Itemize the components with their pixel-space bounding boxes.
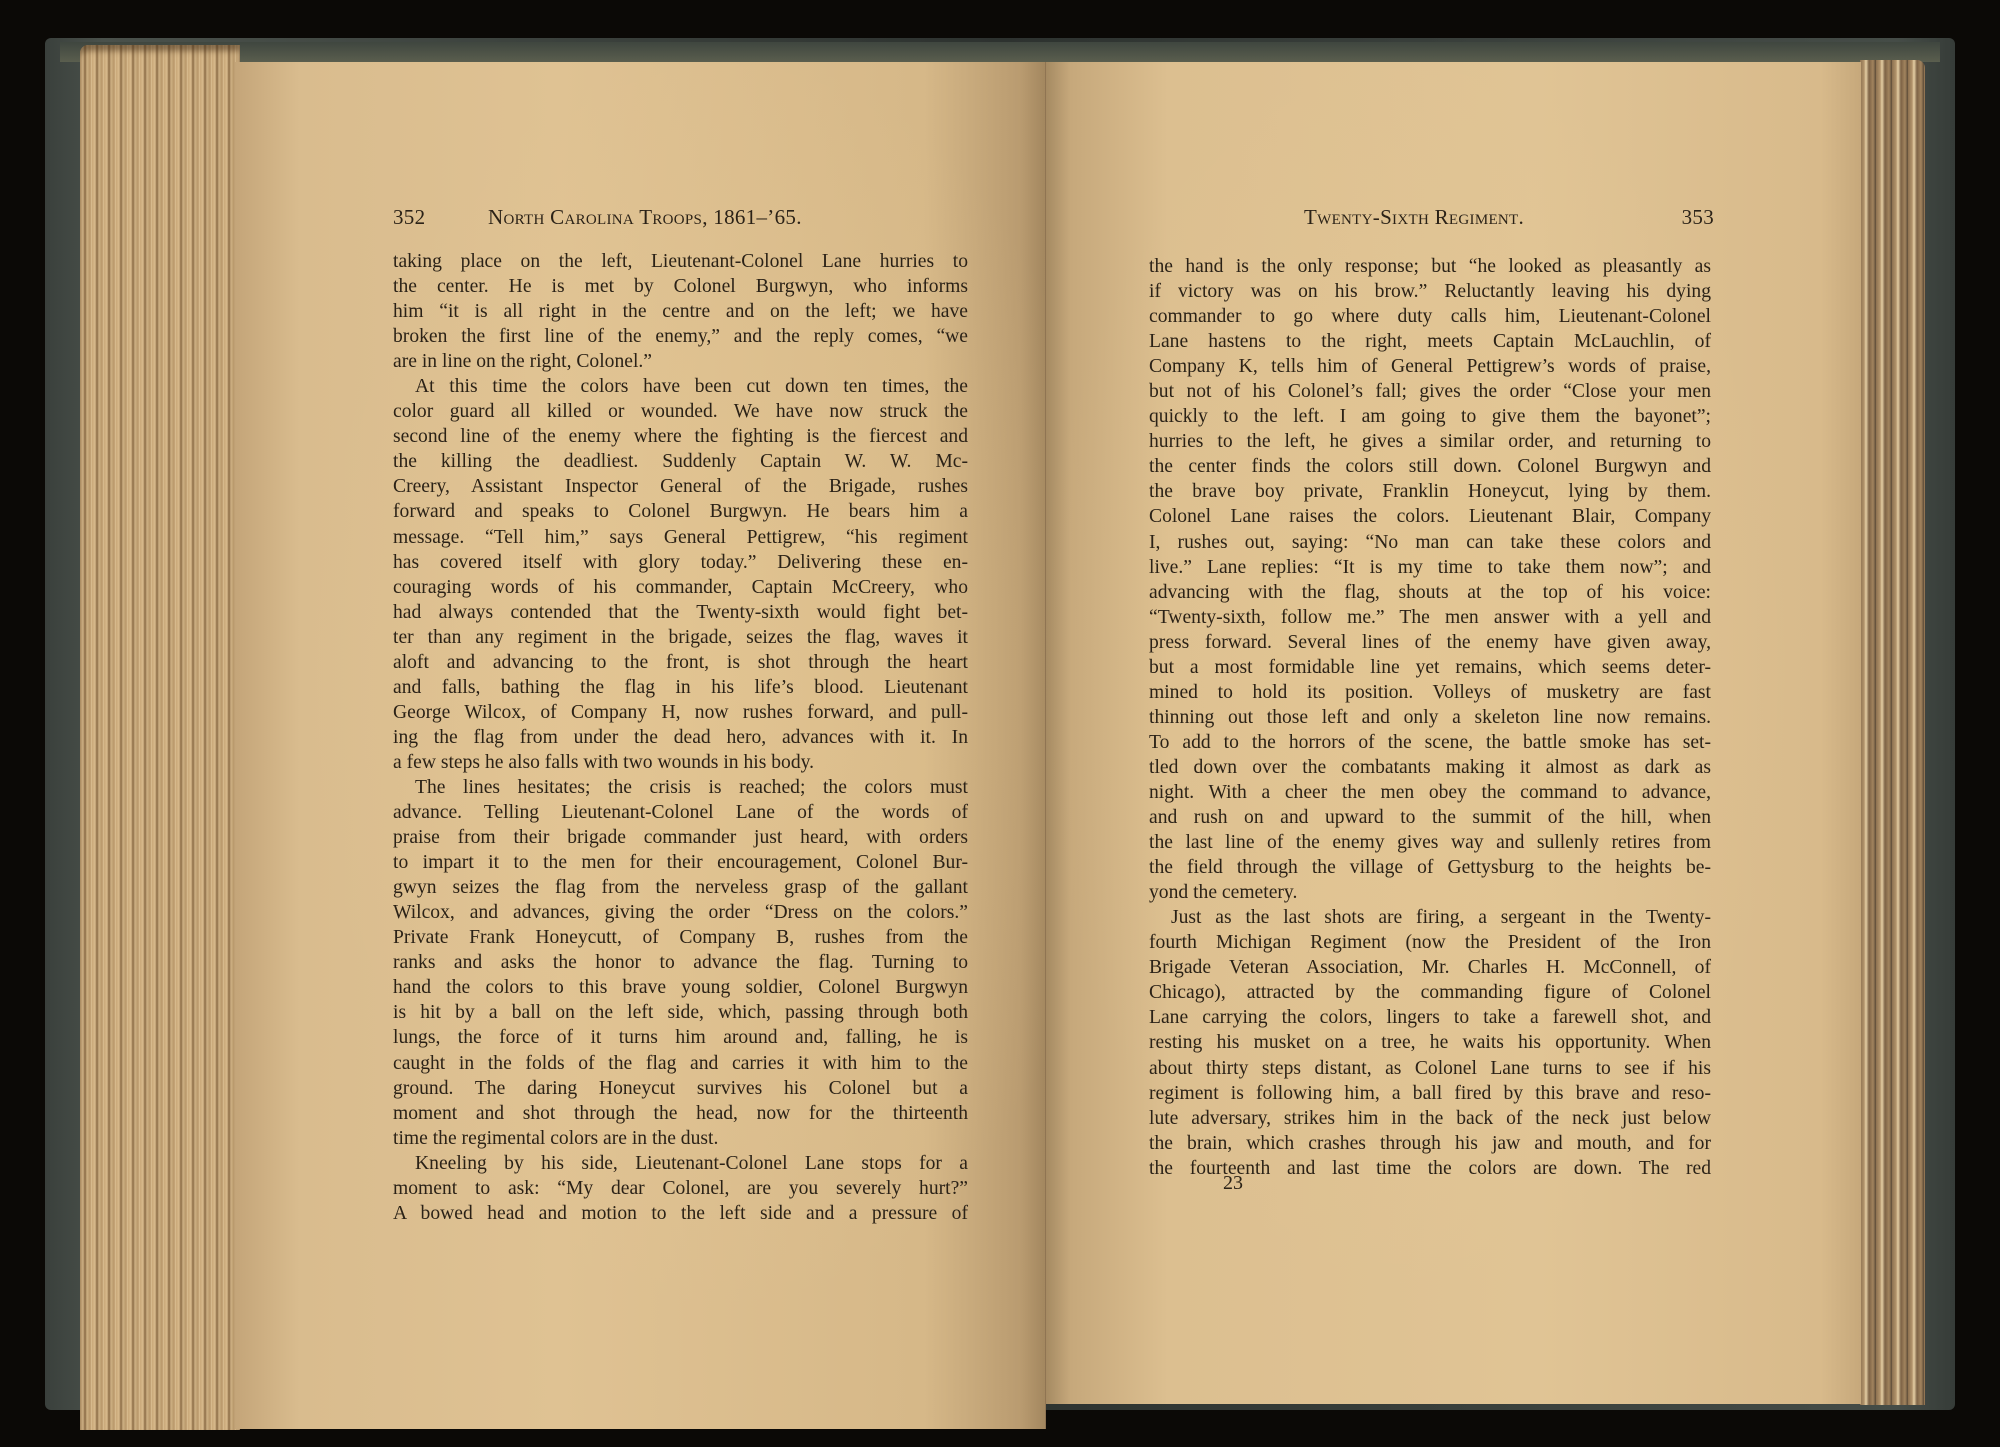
left-body-text: taking place on the left, Lieutenant-Col… xyxy=(393,249,968,1226)
text-line: Lane hastens to the right, meets Captain… xyxy=(1149,329,1711,354)
text-line: quickly to the left. I am going to give … xyxy=(1149,404,1711,429)
text-line: to impart it to the men for their encour… xyxy=(393,850,968,875)
signature-mark: 23 xyxy=(1223,1172,1243,1195)
text-line: gwyn seizes the flag from the nerveless … xyxy=(393,875,968,900)
text-line: has covered itself with glory today.” De… xyxy=(393,550,968,575)
text-line: advance. Telling Lieutenant-Colonel Lane… xyxy=(393,800,968,825)
left-page-number: 352 xyxy=(393,202,425,232)
text-line: is hit by a ball on the left side, which… xyxy=(393,1000,968,1025)
text-line: lute adversary, strikes him in the back … xyxy=(1149,1106,1711,1131)
right-running-head: Twenty-Sixth Regiment. 353 xyxy=(1149,202,1714,232)
text-line: the hand is the only response; but “he l… xyxy=(1149,254,1711,279)
text-line: press forward. Several lines of the enem… xyxy=(1149,630,1711,655)
text-line: praise from their brigade commander just… xyxy=(393,825,968,850)
text-line: Company K, tells him of General Pettigre… xyxy=(1149,354,1711,379)
text-line: ing the flag from under the dead hero, a… xyxy=(393,725,968,750)
text-line: the center finds the colors still down. … xyxy=(1149,454,1711,479)
text-line: live.” Lane replies: “It is my time to t… xyxy=(1149,555,1711,580)
book-cover-top-edge xyxy=(60,42,1940,62)
text-line: Creery, Assistant Inspector General of t… xyxy=(393,474,968,499)
text-line: had always contended that the Twenty-six… xyxy=(393,600,968,625)
text-line: The lines hesitates; the crisis is reach… xyxy=(393,775,968,800)
text-line: second line of the enemy where the fight… xyxy=(393,424,968,449)
text-line: about thirty steps distant, as Colonel L… xyxy=(1149,1056,1711,1081)
text-line: caught in the folds of the flag and carr… xyxy=(393,1051,968,1076)
text-line: forward and speaks to Colonel Burgwyn. H… xyxy=(393,499,968,524)
text-line: Colonel Lane raises the colors. Lieutena… xyxy=(1149,504,1711,529)
text-line: broken the first line of the enemy,” and… xyxy=(393,324,968,349)
text-line: Chicago), attracted by the commanding fi… xyxy=(1149,980,1711,1005)
text-line: are in line on the right, Colonel.” xyxy=(393,349,968,374)
text-line: couraging words of his commander, Captai… xyxy=(393,575,968,600)
text-line: advancing with the flag, shouts at the t… xyxy=(1149,580,1711,605)
text-line: “Twenty-sixth, follow me.” The men answe… xyxy=(1149,605,1711,630)
text-line: A bowed head and motion to the left side… xyxy=(393,1201,968,1226)
text-line: if victory was on his brow.” Reluctantly… xyxy=(1149,279,1711,304)
text-line: hand the colors to this brave young sold… xyxy=(393,975,968,1000)
text-line: the last line of the enemy gives way and… xyxy=(1149,830,1711,855)
right-page: Twenty-Sixth Regiment. 353 the hand is t… xyxy=(1045,62,1861,1404)
text-line: and falls, bathing the flag in his life’… xyxy=(393,675,968,700)
text-line: Brigade Veteran Association, Mr. Charles… xyxy=(1149,955,1711,980)
text-line: yond the cemetery. xyxy=(1149,880,1711,905)
left-running-head: 352 North Carolina Troops, 1861–’65. xyxy=(393,202,973,232)
text-line: Just as the last shots are firing, a ser… xyxy=(1149,905,1711,930)
text-line: color guard all killed or wounded. We ha… xyxy=(393,399,968,424)
text-line: Wilcox, and advances, giving the order “… xyxy=(393,900,968,925)
right-page-number: 353 xyxy=(1682,202,1714,232)
text-line: I, rushes out, saying: “No man can take … xyxy=(1149,530,1711,555)
text-line: night. With a cheer the men obey the com… xyxy=(1149,780,1711,805)
text-line: Private Frank Honeycutt, of Company B, r… xyxy=(393,925,968,950)
text-line: At this time the colors have been cut do… xyxy=(393,374,968,399)
text-line: hurries to the left, he gives a similar … xyxy=(1149,429,1711,454)
text-line: commander to go where duty calls him, Li… xyxy=(1149,304,1711,329)
text-line: George Wilcox, of Company H, now rushes … xyxy=(393,700,968,725)
text-line: the center. He is met by Colonel Burgwyn… xyxy=(393,274,968,299)
text-line: taking place on the left, Lieutenant-Col… xyxy=(393,249,968,274)
text-line: moment to ask: “My dear Colonel, are you… xyxy=(393,1176,968,1201)
left-running-title: North Carolina Troops, 1861–’65. xyxy=(488,202,802,232)
text-line: ranks and asks the honor to advance the … xyxy=(393,950,968,975)
text-line: time the regimental colors are in the du… xyxy=(393,1126,968,1151)
left-page-stack xyxy=(80,45,240,1430)
text-line: but a most formidable line yet remains, … xyxy=(1149,655,1711,680)
text-line: Lane carrying the colors, lingers to tak… xyxy=(1149,1005,1711,1030)
text-line: regiment is following him, a ball fired … xyxy=(1149,1081,1711,1106)
text-line: the field through the village of Gettysb… xyxy=(1149,855,1711,880)
text-line: the killing the deadliest. Suddenly Capt… xyxy=(393,449,968,474)
text-line: him “it is all right in the centre and o… xyxy=(393,299,968,324)
text-line: and rush on and upward to the summit of … xyxy=(1149,805,1711,830)
text-line: but not of his Colonel’s fall; gives the… xyxy=(1149,379,1711,404)
right-page-stack xyxy=(1860,60,1925,1405)
text-line: mined to hold its position. Volleys of m… xyxy=(1149,680,1711,705)
text-line: lungs, the force of it turns him around … xyxy=(393,1025,968,1050)
text-line: aloft and advancing to the front, is sho… xyxy=(393,650,968,675)
text-line: fourth Michigan Regiment (now the Presid… xyxy=(1149,930,1711,955)
text-line: message. “Tell him,” says General Pettig… xyxy=(393,525,968,550)
right-running-title: Twenty-Sixth Regiment. xyxy=(1304,202,1524,232)
text-line: the brain, which crashes through his jaw… xyxy=(1149,1131,1711,1156)
text-line: Kneeling by his side, Lieutenant-Colonel… xyxy=(393,1151,968,1176)
left-page: 352 North Carolina Troops, 1861–’65. tak… xyxy=(235,62,1046,1429)
text-line: To add to the horrors of the scene, the … xyxy=(1149,730,1711,755)
text-line: resting his musket on a tree, he waits h… xyxy=(1149,1030,1711,1055)
text-line: moment and shot through the head, now fo… xyxy=(393,1101,968,1126)
text-line: ter than any regiment in the brigade, se… xyxy=(393,625,968,650)
text-line: ground. The daring Honeycut survives his… xyxy=(393,1076,968,1101)
text-line: a few steps he also falls with two wound… xyxy=(393,750,968,775)
text-line: thinning out those left and only a skele… xyxy=(1149,705,1711,730)
text-line: tled down over the combatants making it … xyxy=(1149,755,1711,780)
text-line: the brave boy private, Franklin Honeycut… xyxy=(1149,479,1711,504)
right-body-text: the hand is the only response; but “he l… xyxy=(1149,254,1711,1181)
